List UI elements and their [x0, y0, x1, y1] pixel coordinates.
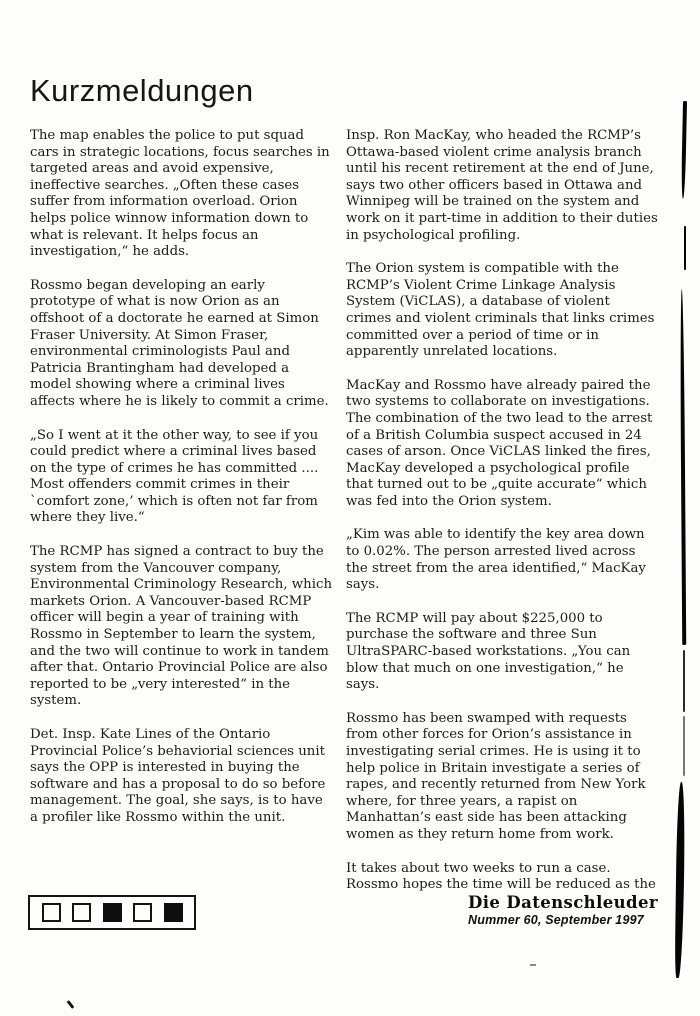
paragraph: „Kim was able to identify the key area d…	[346, 527, 658, 593]
scan-fold-mark	[681, 101, 687, 199]
paragraph: The Orion system is compatible with the …	[346, 261, 658, 361]
registration-marks-box	[28, 895, 196, 930]
right-column: Insp. Ron MacKay, who headed the RCMP’s …	[346, 128, 658, 894]
scanned-magazine-page: Kurzmeldungen The map enables the police…	[0, 0, 700, 1016]
scan-speck	[530, 964, 536, 966]
paragraph: The RCMP has signed a contract to buy th…	[30, 544, 332, 710]
paragraph: It takes about two weeks to run a case. …	[346, 861, 658, 894]
paragraph: The map enables the police to put squad …	[30, 128, 332, 261]
footer-imprint: Die Datenschleuder Nummer 60, September …	[468, 893, 636, 927]
scan-fold-mark	[684, 226, 686, 270]
scan-fold-mark	[680, 289, 686, 645]
publication-name: Die Datenschleuder	[468, 893, 636, 912]
page-title: Kurzmeldungen	[30, 73, 254, 109]
scan-fold-mark	[683, 650, 685, 712]
scan-fold-mark	[683, 716, 685, 776]
registration-mark-square	[164, 903, 183, 922]
paragraph: Det. Insp. Kate Lines of the Ontario Pro…	[30, 727, 332, 827]
registration-mark-square	[133, 903, 152, 922]
registration-mark-square	[72, 903, 91, 922]
left-column: The map enables the police to put squad …	[30, 128, 332, 894]
registration-mark-square	[42, 903, 61, 922]
paragraph: MacKay and Rossmo have already paired th…	[346, 378, 658, 511]
issue-line: Nummer 60, September 1997	[468, 913, 636, 927]
scan-fold-mark	[675, 782, 686, 978]
paragraph: The RCMP will pay about $225,000 to purc…	[346, 611, 658, 694]
paragraph: Insp. Ron MacKay, who headed the RCMP’s …	[346, 128, 658, 244]
registration-mark-square	[103, 903, 122, 922]
paragraph: Rossmo began developing an early prototy…	[30, 278, 332, 411]
paragraph: Rossmo has been swamped with requests fr…	[346, 711, 658, 844]
article-body: The map enables the police to put squad …	[30, 128, 658, 894]
paragraph: „So I went at it the other way, to see i…	[30, 428, 332, 528]
scan-speck	[67, 1000, 75, 1009]
